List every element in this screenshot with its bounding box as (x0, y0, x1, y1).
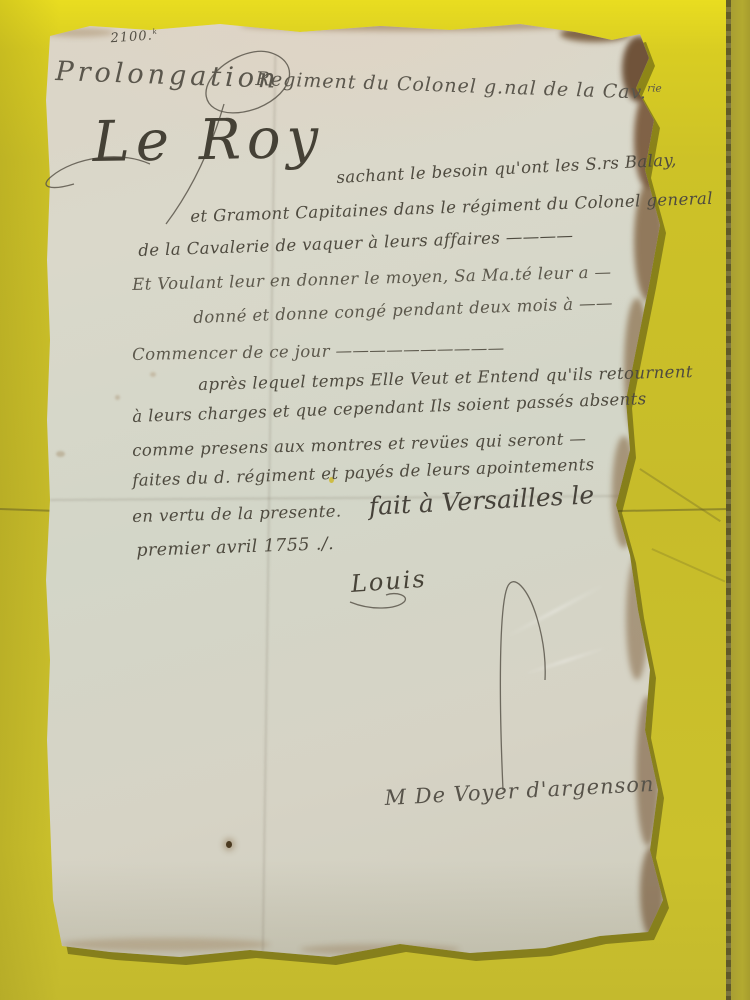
fox-spot (150, 372, 156, 377)
folder-right-panel (731, 0, 750, 1000)
fox-spot (115, 395, 120, 400)
ink-stain (226, 841, 232, 848)
folder-seam-line (726, 0, 731, 1000)
paper-wrinkle (522, 646, 608, 676)
price-annotation: 2100.k (110, 27, 158, 47)
price-annotation-amount: 2100. (110, 28, 153, 46)
burnt-edge-bottom (60, 938, 270, 951)
royal-signature: Louis (350, 565, 428, 598)
photograph: 2100.k Prolongation Regiment du Colonel … (0, 0, 750, 1000)
opening-word: Le Roy (92, 106, 325, 175)
fox-spot (56, 451, 65, 457)
regiment-heading-sup: rie (647, 82, 662, 94)
paper-wrinkle (506, 584, 604, 637)
price-annotation-sup: k (152, 27, 157, 36)
